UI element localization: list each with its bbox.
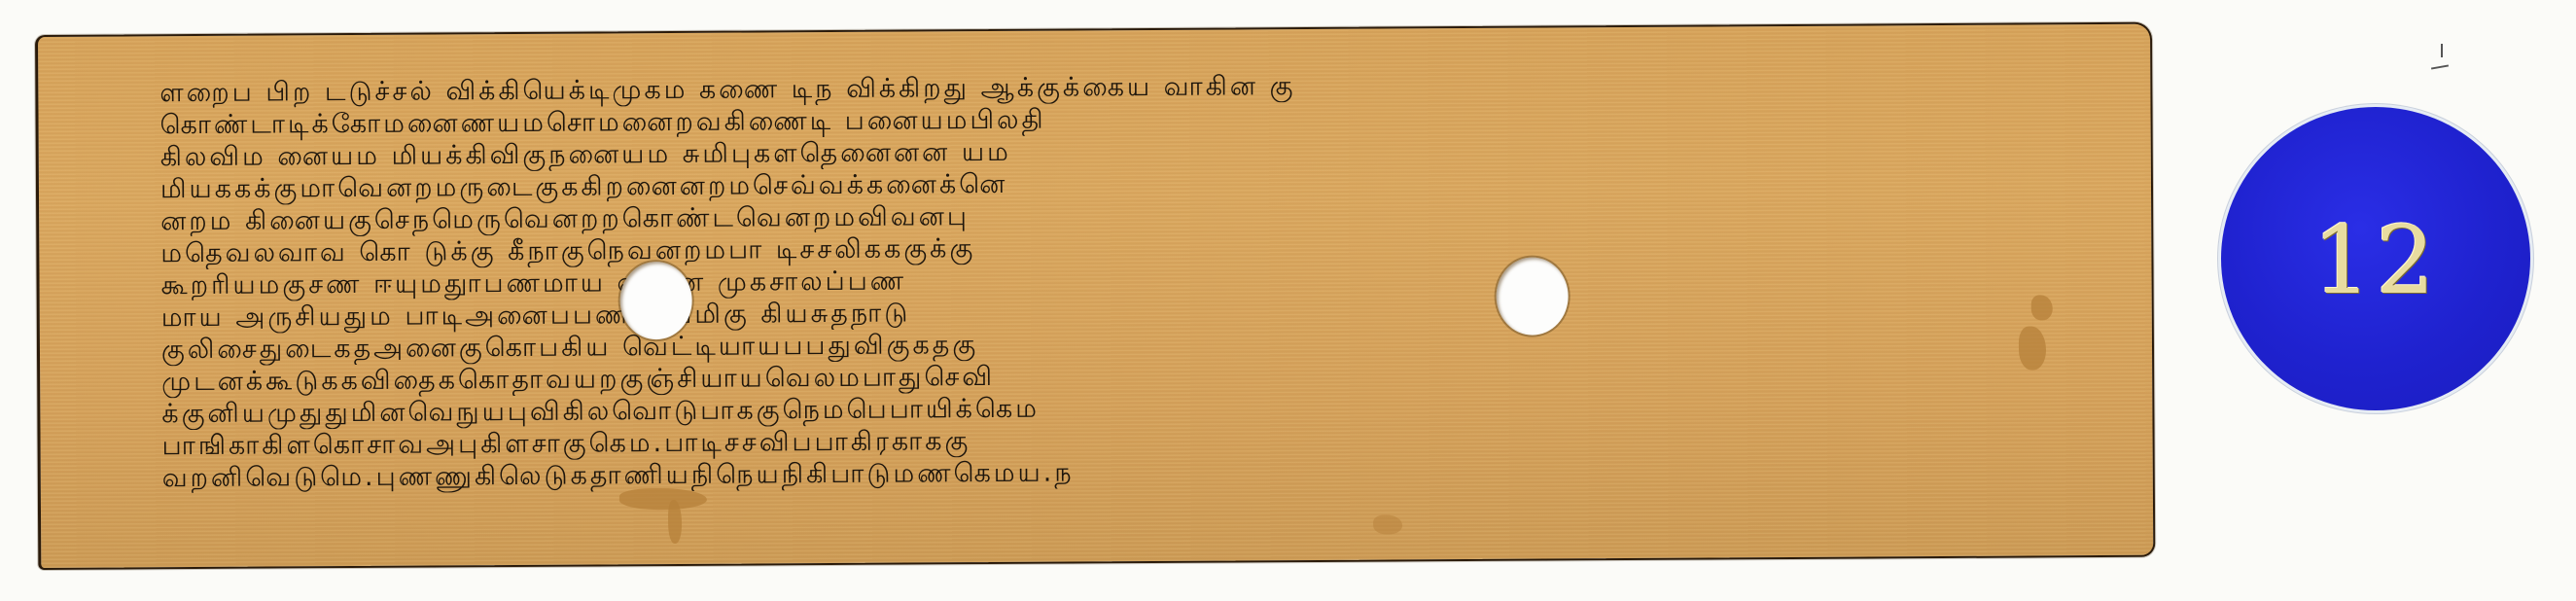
disc-number: 12 — [2221, 214, 2530, 307]
ink-stain-small — [1373, 514, 1402, 534]
palm-leaf-manuscript: ளறைப பிற டடுச்சல் விக்கியெக்டிமுகம கணை ட… — [35, 22, 2155, 570]
binding-hole-right — [1496, 257, 1568, 335]
ink-stain-bottom — [619, 488, 707, 511]
ink-stain-right-upper — [2031, 295, 2053, 320]
debris-mark — [2431, 64, 2449, 69]
manuscript-text: ளறைப பிற டடுச்சல் விக்கியெக்டிமுகம கணை ட… — [159, 65, 2088, 494]
numbered-disc: 12 — [2221, 107, 2530, 410]
debris-mark — [2441, 44, 2443, 57]
binding-hole-left — [619, 262, 691, 339]
